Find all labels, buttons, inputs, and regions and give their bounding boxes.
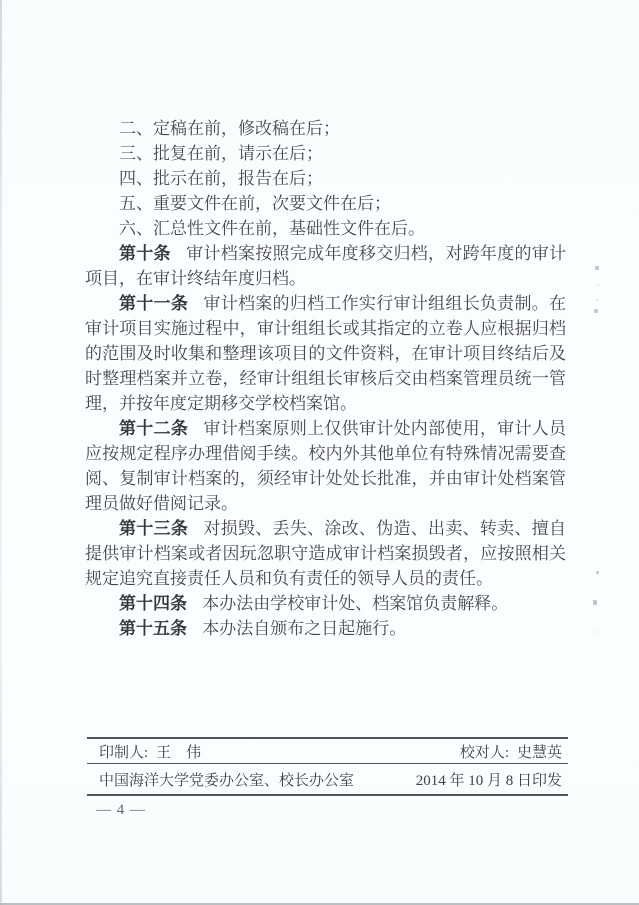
proofreader-name: 史慧英	[517, 745, 562, 761]
document-body: 二、定稿在前，修改稿在后； 三、批复在前，请示在后； 四、批示在前，报告在后； …	[85, 116, 566, 641]
article-paragraph: 第十一条审计档案的归档工作实行审计组组长负责制。在审计项目实施过程中，审计组组长…	[85, 291, 566, 416]
scanned-document-page: 二、定稿在前，修改稿在后； 三、批复在前，请示在后； 四、批示在前，报告在后； …	[0, 0, 639, 905]
scan-artifact	[596, 299, 598, 301]
proofreader-label: 校对人:	[460, 745, 509, 761]
article-paragraph: 第十三条对损毁、丢失、涂改、伪造、出卖、转卖、擅自提供审计档案或者因玩忽职守造成…	[85, 516, 566, 591]
paragraph-text: 四、批示在前，报告在后；	[119, 169, 323, 188]
scan-artifact	[595, 266, 599, 270]
article-number: 第十条	[119, 244, 171, 263]
scan-artifact	[597, 631, 599, 633]
paragraph-text: 六、汇总性文件在前，基础性文件在后。	[119, 219, 425, 238]
printer-field: 印制人:王 伟	[99, 741, 201, 762]
article-paragraph: 第十二条审计档案原则上仅供审计处内部使用，审计人员应按规定程序办理借阅手续。校内…	[85, 416, 566, 516]
page-number: — 4 —	[96, 802, 146, 819]
colophon-row-people: 印制人:王 伟 校对人:史慧英	[87, 737, 568, 764]
colophon: 印制人:王 伟 校对人:史慧英 中国海洋大学党委办公室、校长办公室 2014 年…	[87, 737, 568, 796]
article-number: 第十三条	[119, 519, 188, 538]
article-paragraph: 第十五条本办法自颁布之日起施行。	[85, 616, 566, 641]
article-number: 第十一条	[119, 294, 188, 313]
colophon-row-issue: 中国海洋大学党委办公室、校长办公室 2014 年 10 月 8 日印发	[87, 764, 568, 796]
proofreader-field: 校对人:史慧英	[460, 741, 562, 762]
paragraph-text: 本办法自颁布之日起施行。	[202, 619, 406, 638]
scan-edge-left	[0, 0, 2, 905]
article-number: 第十五条	[119, 619, 187, 638]
paragraph-text: 本办法由学校审计处、档案馆负责解释。	[202, 594, 508, 613]
article-paragraph: 第十条审计档案按照完成年度移交归档，对跨年度的审计项目，在审计终结年度归档。	[85, 241, 566, 291]
printer-label: 印制人:	[99, 745, 148, 761]
paragraph-text: 二、定稿在前，修改稿在后；	[119, 119, 340, 138]
list-item: 四、批示在前，报告在后；	[85, 166, 566, 191]
printer-name: 王 伟	[156, 745, 201, 761]
list-item: 六、汇总性文件在前，基础性文件在后。	[85, 216, 566, 241]
scan-artifact	[594, 309, 598, 313]
scan-artifact	[593, 600, 597, 605]
scan-artifact	[597, 284, 599, 286]
issue-date: 2014 年 10 月 8 日印发	[416, 769, 562, 790]
scan-artifact	[596, 571, 599, 574]
list-item: 三、批复在前，请示在后；	[85, 141, 566, 166]
paragraph-text: 三、批复在前，请示在后；	[119, 144, 323, 163]
paragraph-text: 五、重要文件在前，次要文件在后；	[119, 194, 391, 213]
article-paragraph: 第十四条本办法由学校审计处、档案馆负责解释。	[85, 591, 566, 616]
article-number: 第十二条	[119, 419, 188, 438]
article-number: 第十四条	[119, 594, 187, 613]
list-item: 五、重要文件在前，次要文件在后；	[85, 191, 566, 216]
issuer-office: 中国海洋大学党委办公室、校长办公室	[99, 769, 354, 790]
list-item: 二、定稿在前，修改稿在后；	[85, 116, 566, 141]
